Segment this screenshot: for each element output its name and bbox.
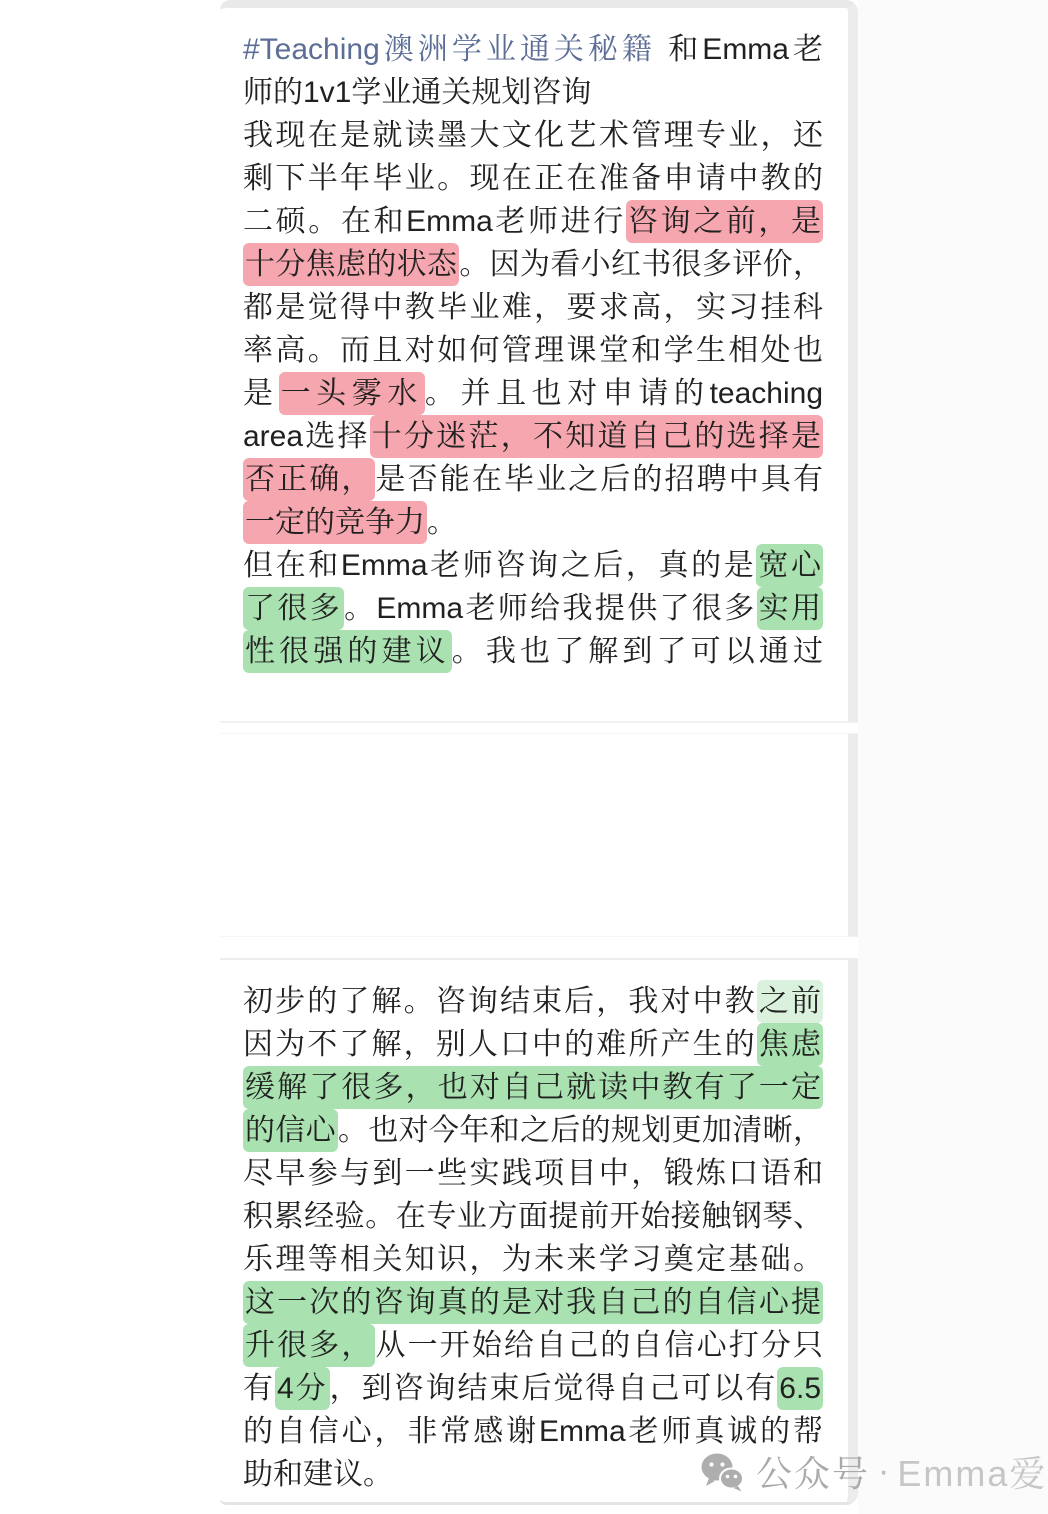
text-segment: 。因为看小红书很多评价， xyxy=(459,248,823,281)
text-segment: 。我也了解到了可以通过 xyxy=(452,635,823,668)
pink-highlighted-text: 咨询之前，是 xyxy=(626,200,823,243)
green-highlighted-text: 升很多， xyxy=(243,1324,375,1367)
green-highlighted-text: 4分 xyxy=(275,1367,330,1410)
text-line: 十分焦虑的状态。因为看小红书很多评价， xyxy=(243,243,823,286)
text-line: 但在和Emma老师咨询之后，真的是宽心 xyxy=(243,544,823,587)
text-segment: 和Emma老 xyxy=(656,33,823,66)
pink-highlighted-text: 一头雾水 xyxy=(279,372,425,415)
text-line: 一定的竞争力。 xyxy=(243,501,823,544)
text-segment: 都是觉得中教毕业难，要求高，实习挂科 xyxy=(243,291,823,324)
screenshot-card-3: 初步的了解。咨询结束后，我对中教之前因为不了解，别人口中的难所产生的焦虑缓解了很… xyxy=(220,958,858,1505)
text-segment: 剩下半年毕业。现在正在准备申请中教的 xyxy=(243,162,823,195)
green-highlighted-text: 宽心 xyxy=(756,544,823,587)
watermark-separator: · xyxy=(878,1452,889,1491)
text-line: 二硕。在和Emma老师进行咨询之前，是 xyxy=(243,200,823,243)
text-line: area选择十分迷茫，不知道自己的选择是 xyxy=(243,415,823,458)
watermark: 公众号 · Emma爱玛 xyxy=(700,1446,1048,1497)
text-line: 升很多，从一开始给自己的自信心打分只 xyxy=(243,1324,823,1367)
text-segment: 从一开始给自己的自信心打分只 xyxy=(375,1329,823,1362)
screenshot-card-1: #Teaching澳洲学业通关秘籍 和Emma老师的1v1学业通关规划咨询我现在… xyxy=(220,0,858,723)
screenshot-card-2 xyxy=(220,733,858,937)
text-segment: 是 xyxy=(243,377,279,410)
text-line: 缓解了很多，也对自己就读中教有了一定 xyxy=(243,1066,823,1109)
text-segment: 积累经验。在专业方面提前开始接触钢琴、 xyxy=(243,1200,823,1233)
watermark-account-name: Emma爱玛 xyxy=(897,1446,1048,1497)
text-line: #Teaching澳洲学业通关秘籍 和Emma老 xyxy=(243,28,823,71)
hashtag-link[interactable]: #Teaching澳洲学业通关秘籍 xyxy=(243,33,656,66)
text-line: 率高。而且对如何管理课堂和学生相处也 xyxy=(243,329,823,372)
pink-highlighted-text: 十分迷茫，不知道自己的选择是 xyxy=(370,415,823,458)
text-segment: ，到咨询结束后觉得自己可以有 xyxy=(330,1372,778,1405)
text-line: 否正确，是否能在毕业之后的招聘中具有 xyxy=(243,458,823,501)
text-segment: 有 xyxy=(243,1372,275,1405)
pink-highlighted-text: 否正确， xyxy=(243,458,375,501)
text-segment: 。并且也对申请的teaching xyxy=(425,377,823,410)
text-line: 都是觉得中教毕业难，要求高，实习挂科 xyxy=(243,286,823,329)
text-segment: 我现在是就读墨大文化艺术管理专业，还 xyxy=(243,119,823,152)
text-segment: 但在和Emma老师咨询之后，真的是 xyxy=(243,549,756,582)
text-line: 因为不了解，别人口中的难所产生的焦虑 xyxy=(243,1023,823,1066)
text-line: 有4分，到咨询结束后觉得自己可以有6.5 xyxy=(243,1367,823,1410)
text-segment: 尽早参与到一些实践项目中，锻炼口语和 xyxy=(243,1157,823,1190)
green-highlighted-text: 性很强的建议 xyxy=(243,630,452,673)
text-line: 乐理等相关知识，为未来学习奠定基础。 xyxy=(243,1238,823,1281)
green-highlighted-text: 缓解了很多，也对自己就读中教有了一定 xyxy=(243,1066,823,1109)
text-line: 师的1v1学业通关规划咨询 xyxy=(243,71,823,114)
text-line: 了很多。Emma老师给我提供了很多实用 xyxy=(243,587,823,630)
green-highlighted-text: 这一次的咨询真的是对我自己的自信心提 xyxy=(243,1281,823,1324)
green-highlighted-text: 焦虑 xyxy=(757,1023,823,1066)
text-segment: area选择 xyxy=(243,420,370,453)
watermark-account-type: 公众号 xyxy=(756,1446,870,1497)
text-segment: 是否能在毕业之后的招聘中具有 xyxy=(375,463,823,496)
text-segment: 乐理等相关知识，为未来学习奠定基础。 xyxy=(243,1243,823,1276)
text-line: 是一头雾水。并且也对申请的teaching xyxy=(243,372,823,415)
text-segment: 率高。而且对如何管理课堂和学生相处也 xyxy=(243,334,823,367)
text-segment: 初步的了解。咨询结束后，我对中教 xyxy=(243,985,757,1018)
wechat-icon xyxy=(700,1452,744,1492)
pink-highlighted-text: 一定的竞争力 xyxy=(243,501,427,544)
text-segment: 。Emma老师给我提供了很多 xyxy=(344,592,757,625)
text-segment: 。 xyxy=(427,506,457,539)
pink-highlighted-text: 十分焦虑的状态 xyxy=(243,243,459,286)
green-highlighted-text: 6.5 xyxy=(777,1367,823,1410)
testimonial-text-part-1: #Teaching澳洲学业通关秘籍 和Emma老师的1v1学业通关规划咨询我现在… xyxy=(220,8,823,673)
text-segment: 师的1v1学业通关规划咨询 xyxy=(243,76,591,109)
testimonial-text-part-2: 初步的了解。咨询结束后，我对中教之前因为不了解，别人口中的难所产生的焦虑缓解了很… xyxy=(220,960,823,1496)
text-line: 我现在是就读墨大文化艺术管理专业，还 xyxy=(243,114,823,157)
text-line: 积累经验。在专业方面提前开始接触钢琴、 xyxy=(243,1195,823,1238)
background-panel xyxy=(858,0,1048,1514)
green-highlighted-text: 了很多 xyxy=(243,587,344,630)
text-segment: 。也对今年和之后的规划更加清晰， xyxy=(338,1114,823,1147)
text-line: 这一次的咨询真的是对我自己的自信心提 xyxy=(243,1281,823,1324)
green-highlighted-text: 实用 xyxy=(757,587,823,630)
text-line: 剩下半年毕业。现在正在准备申请中教的 xyxy=(243,157,823,200)
text-segment: 助和建议。 xyxy=(243,1458,393,1491)
text-line: 初步的了解。咨询结束后，我对中教之前 xyxy=(243,980,823,1023)
green-highlighted-text: 之前 xyxy=(757,980,823,1023)
text-segment: 二硕。在和Emma老师进行 xyxy=(243,205,626,238)
text-line: 的信心。也对今年和之后的规划更加清晰， xyxy=(243,1109,823,1152)
text-segment: 的自信心，非常感谢Emma老师真诚的帮 xyxy=(243,1415,823,1448)
text-segment: 因为不了解，别人口中的难所产生的 xyxy=(243,1028,757,1061)
green-highlighted-text: 的信心 xyxy=(243,1109,338,1152)
text-line: 尽早参与到一些实践项目中，锻炼口语和 xyxy=(243,1152,823,1195)
text-line: 性很强的建议。我也了解到了可以通过 xyxy=(243,630,823,673)
